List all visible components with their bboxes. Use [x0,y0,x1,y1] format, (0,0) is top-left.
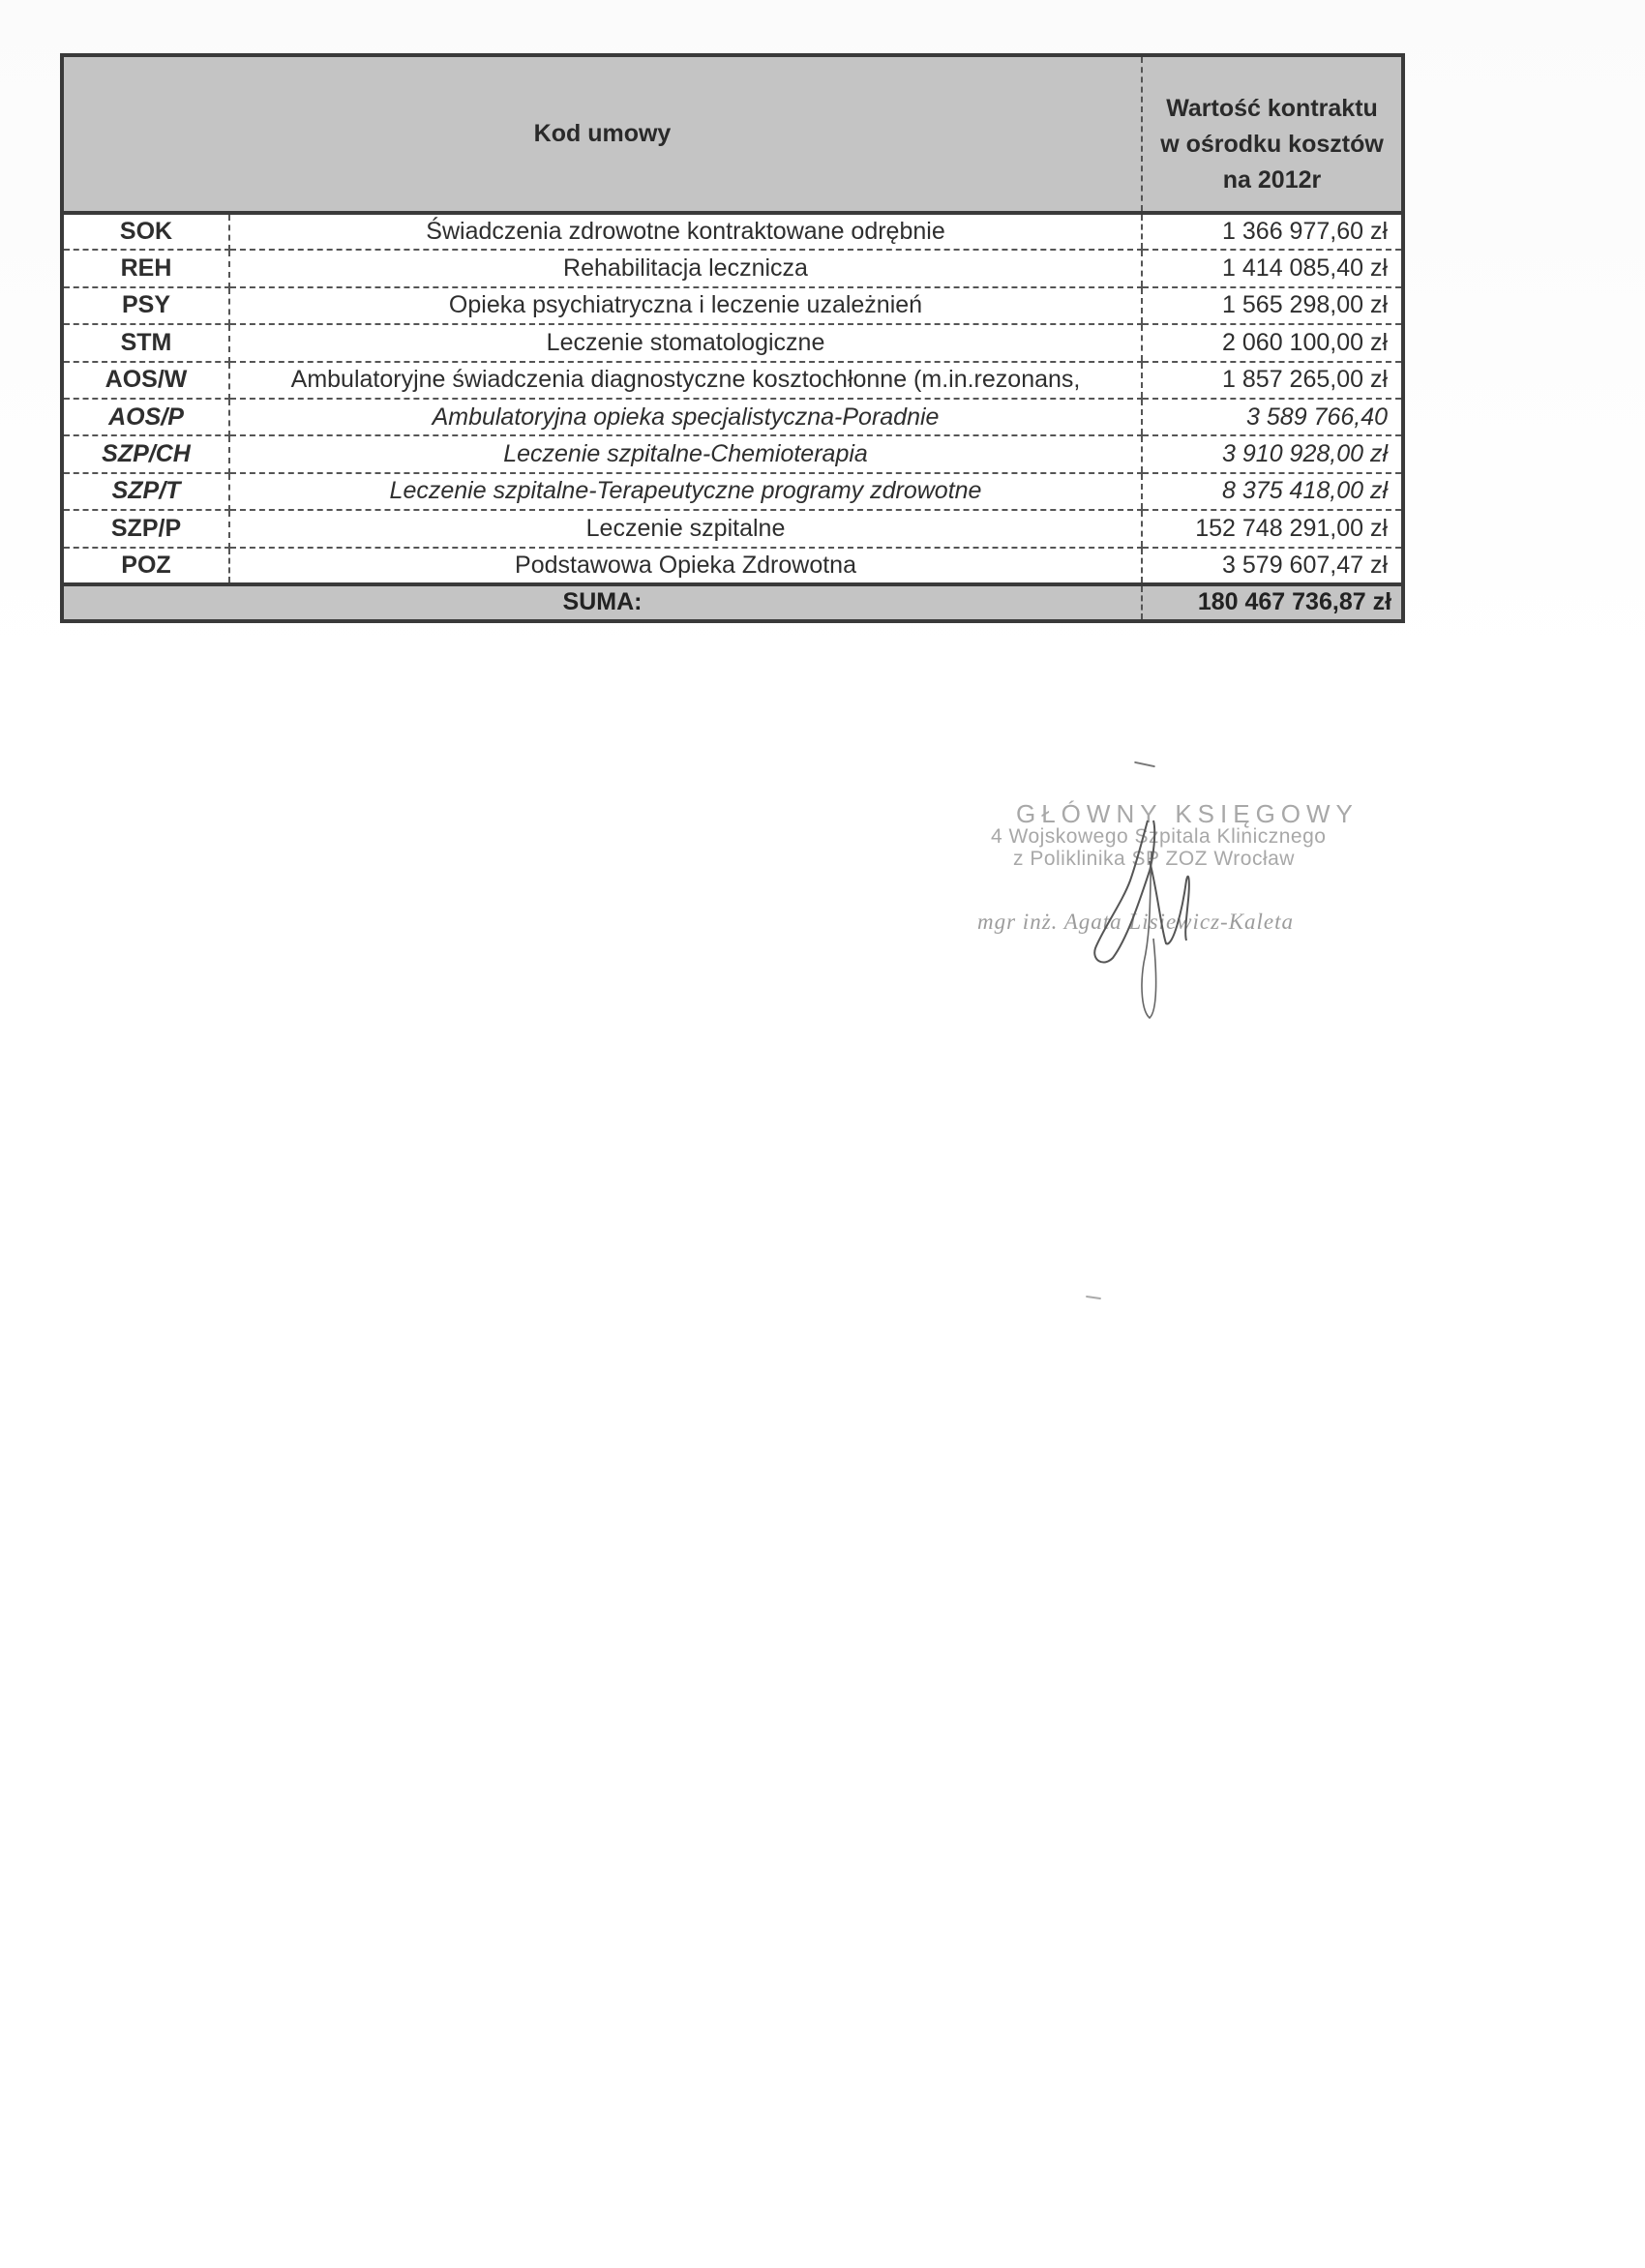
contract-code-cell: AOS/P [62,399,229,435]
stamp-signatory-name: mgr inż. Agata Lisiewicz-Kaleta [977,910,1294,935]
contract-description-cell: Świadczenia zdrowotne kontraktowane odrę… [229,213,1142,250]
table-row: SZP/TLeczenie szpitalne-Terapeutyczne pr… [62,473,1403,510]
table-row: STMLeczenie stomatologiczne2 060 100,00 … [62,324,1403,361]
table-row: PSYOpieka psychiatryczna i leczenie uzal… [62,287,1403,324]
contract-description-cell: Ambulatoryjna opieka specjalistyczna-Por… [229,399,1142,435]
contract-value-cell: 3 589 766,40 [1142,399,1403,435]
contract-code-cell: POZ [62,548,229,584]
contract-code-cell: STM [62,324,229,361]
table-row: POZPodstawowa Opieka Zdrowotna3 579 607,… [62,548,1403,584]
contract-code-cell: SOK [62,213,229,250]
total-label: SUMA: [62,584,1142,621]
table-row: SZP/CHLeczenie szpitalne-Chemioterapia3 … [62,435,1403,472]
header-value-line-1: Wartość kontraktu [1143,91,1401,127]
table-header-row: Kod umowy Wartość kontraktu w ośrodku ko… [62,55,1403,213]
table-row: AOS/PAmbulatoryjna opieka specjalistyczn… [62,399,1403,435]
contract-value-cell: 1 857 265,00 zł [1142,362,1403,399]
total-row: SUMA: 180 467 736,87 zł [62,584,1403,621]
contract-value-cell: 2 060 100,00 zł [1142,324,1403,361]
table-body: SOKŚwiadczenia zdrowotne kontraktowane o… [62,213,1403,584]
header-value-line-2: w ośrodku kosztów [1143,127,1401,163]
contract-value-cell: 3 579 607,47 zł [1142,548,1403,584]
header-contract-value: Wartość kontraktu w ośrodku kosztów na 2… [1142,55,1403,213]
contract-description-cell: Leczenie szpitalne [229,510,1142,547]
contract-description-cell: Opieka psychiatryczna i leczenie uzależn… [229,287,1142,324]
contract-description-cell: Leczenie szpitalne-Chemioterapia [229,435,1142,472]
table-row: SZP/PLeczenie szpitalne152 748 291,00 zł [62,510,1403,547]
contract-value-cell: 1 366 977,60 zł [1142,213,1403,250]
contract-value-table: Kod umowy Wartość kontraktu w ośrodku ko… [60,53,1405,623]
table-row: REHRehabilitacja lecznicza1 414 085,40 z… [62,250,1403,286]
header-value-line-3: na 2012r [1143,163,1401,198]
contract-description-cell: Rehabilitacja lecznicza [229,250,1142,286]
header-contract-code: Kod umowy [62,55,1142,213]
contract-description-cell: Ambulatoryjne świadczenia diagnostyczne … [229,362,1142,399]
contract-description-cell: Leczenie stomatologiczne [229,324,1142,361]
chief-accountant-stamp: GŁÓWNY KSIĘGOWY 4 Wojskowego Szpitala Kl… [968,735,1413,1026]
contract-description-cell: Podstawowa Opieka Zdrowotna [229,548,1142,584]
contract-code-cell: SZP/CH [62,435,229,472]
contract-code-cell: REH [62,250,229,286]
contract-code-cell: PSY [62,287,229,324]
contract-code-cell: AOS/W [62,362,229,399]
contract-code-cell: SZP/P [62,510,229,547]
contract-value-cell: 1 565 298,00 zł [1142,287,1403,324]
stamp-institution-line-2: z Poliklinika SP ZOZ Wrocław [1013,848,1295,871]
contract-value-cell: 152 748 291,00 zł [1142,510,1403,547]
contract-value-cell: 1 414 085,40 zł [1142,250,1403,286]
contract-code-cell: SZP/T [62,473,229,510]
table-row: SOKŚwiadczenia zdrowotne kontraktowane o… [62,213,1403,250]
contract-description-cell: Leczenie szpitalne-Terapeutyczne program… [229,473,1142,510]
table-row: AOS/WAmbulatoryjne świadczenia diagnosty… [62,362,1403,399]
total-value: 180 467 736,87 zł [1142,584,1403,621]
contract-value-cell: 3 910 928,00 zł [1142,435,1403,472]
contract-value-cell: 8 375 418,00 zł [1142,473,1403,510]
stamp-institution-line: 4 Wojskowego Szpitala Klinicznego [991,825,1326,849]
